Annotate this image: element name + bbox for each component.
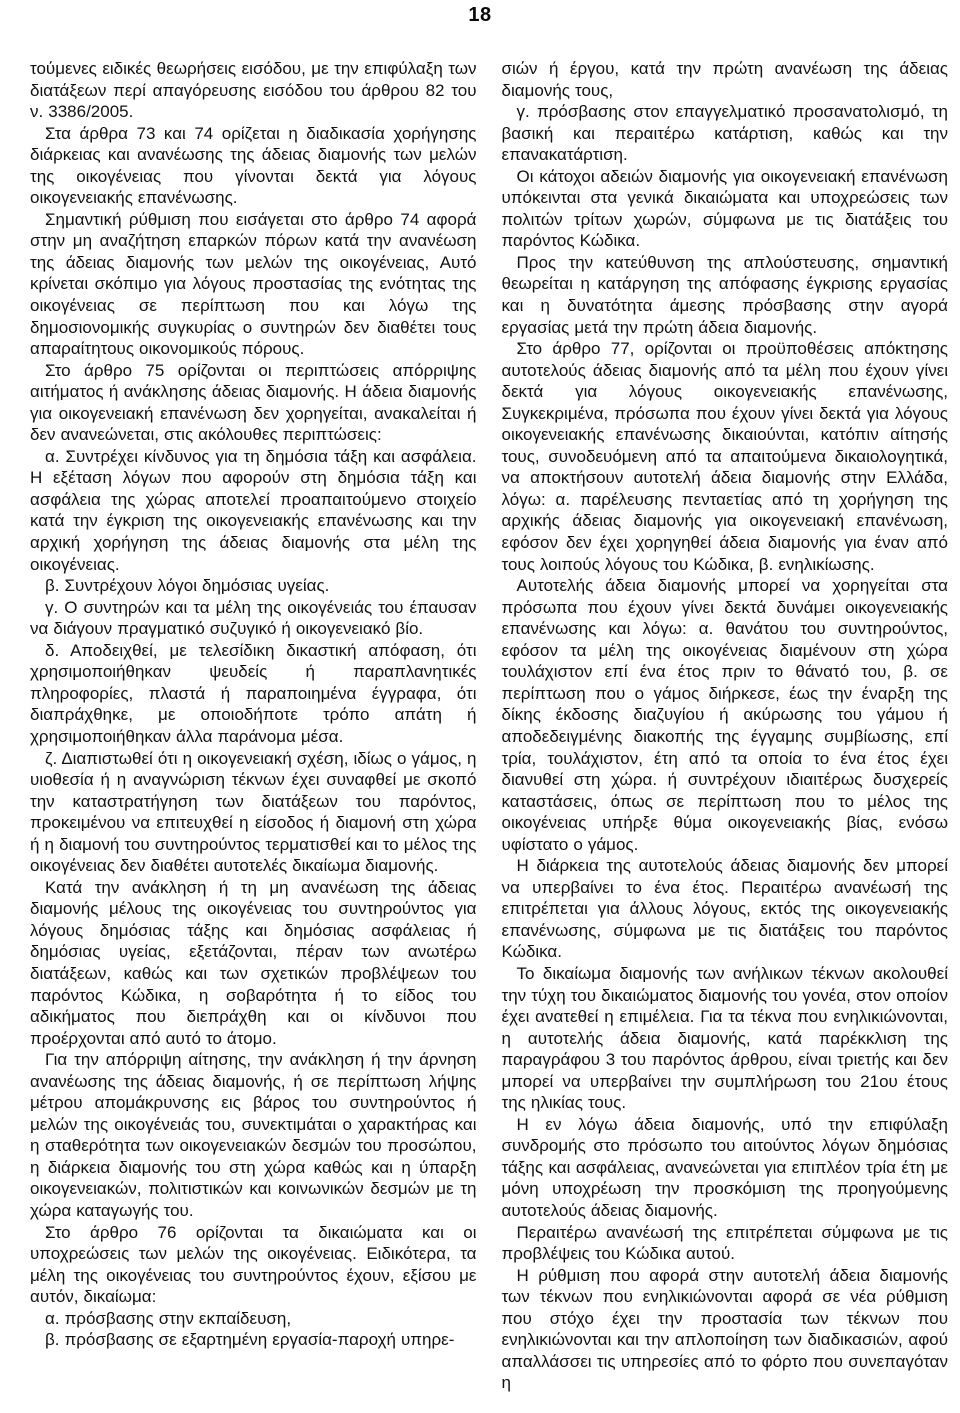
- paragraph: Η διάρκεια της αυτοτελούς άδειας διαμονή…: [502, 855, 949, 963]
- paragraph: γ. Ο συντηρών και τα μέλη της οικογένειά…: [30, 597, 477, 640]
- paragraph: ζ. Διαπιστωθεί ότι η οικογενειακή σχέση,…: [30, 748, 477, 877]
- paragraph: β. Συντρέχουν λόγοι δημόσιας υγείας.: [30, 575, 477, 597]
- paragraph: Το δικαίωμα διαμονής των ανήλικων τέκνων…: [502, 963, 949, 1114]
- paragraph: α. πρόσβασης στην εκπαίδευση,: [30, 1308, 477, 1330]
- paragraph: Στο άρθρο 75 ορίζονται οι περιπτώσεις απ…: [30, 360, 477, 446]
- paragraph: β. πρόσβασης σε εξαρτημένη εργασία-παροχ…: [30, 1329, 477, 1351]
- paragraph: Αυτοτελής άδεια διαμονής μπορεί να χορηγ…: [502, 575, 949, 855]
- paragraph: σιών ή έργου, κατά την πρώτη ανανέωση τη…: [502, 58, 949, 101]
- document-page: 18 τούμενες ειδικές θεωρήσεις εισόδου, μ…: [0, 0, 960, 1413]
- paragraph: α. Συντρέχει κίνδυνος για τη δημόσια τάξ…: [30, 446, 477, 575]
- paragraph: Στο άρθρο 76 ορίζονται τα δικαιώματα και…: [30, 1222, 477, 1308]
- paragraph: Σημαντική ρύθμιση που εισάγεται στο άρθρ…: [30, 209, 477, 360]
- paragraph: Η εν λόγω άδεια διαμονής, υπό την επιφύλ…: [502, 1114, 949, 1222]
- paragraph: Κατά την ανάκληση ή τη μη ανανέωση της ά…: [30, 877, 477, 1049]
- paragraph: Στα άρθρα 73 και 74 ορίζεται η διαδικασί…: [30, 123, 477, 209]
- paragraph: Η ρύθμιση που αφορά στην αυτοτελή άδεια …: [502, 1265, 949, 1394]
- left-column: τούμενες ειδικές θεωρήσεις εισόδου, με τ…: [30, 58, 477, 1394]
- paragraph: τούμενες ειδικές θεωρήσεις εισόδου, με τ…: [30, 58, 477, 123]
- paragraph: Προς την κατεύθυνση της απλούστευσης, ση…: [502, 252, 949, 338]
- text-columns: τούμενες ειδικές θεωρήσεις εισόδου, με τ…: [0, 27, 960, 1394]
- paragraph: Στο άρθρο 77, ορίζονται οι προϋποθέσεις …: [502, 338, 949, 575]
- paragraph: Περαιτέρω ανανέωσή της επιτρέπεται σύμφω…: [502, 1222, 949, 1265]
- right-column: σιών ή έργου, κατά την πρώτη ανανέωση τη…: [502, 58, 949, 1394]
- paragraph: Για την απόρριψη αίτησης, την ανάκληση ή…: [30, 1049, 477, 1221]
- page-number: 18: [0, 4, 960, 27]
- paragraph: δ. Αποδειχθεί, με τελεσίδικη δικαστική α…: [30, 640, 477, 748]
- paragraph: γ. πρόσβασης στον επαγγελματικό προσανατ…: [502, 101, 949, 166]
- paragraph: Οι κάτοχοι αδειών διαμονής για οικογενει…: [502, 166, 949, 252]
